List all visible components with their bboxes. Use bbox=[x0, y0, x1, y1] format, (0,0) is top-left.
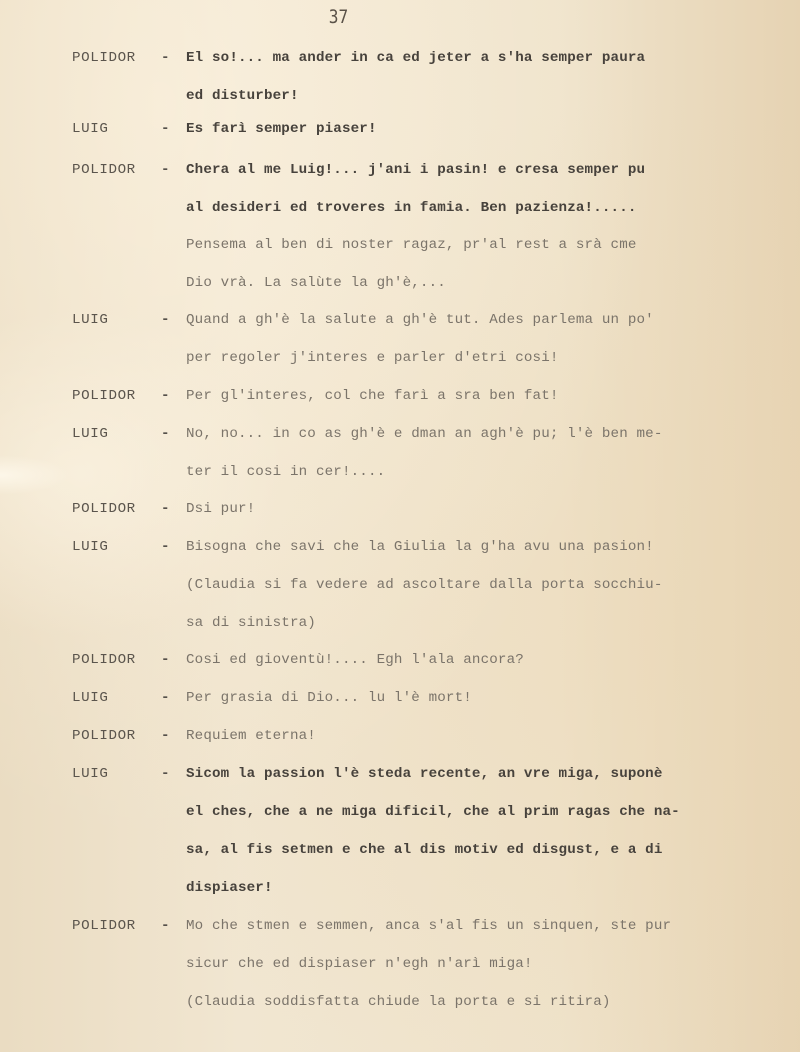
speaker-name: POLIDOR bbox=[72, 384, 136, 408]
speaker-separator: - bbox=[161, 308, 170, 332]
speaker-name: POLIDOR bbox=[72, 158, 136, 182]
dialogue-text: Sicom la passion l'è steda recente, an v… bbox=[186, 762, 663, 786]
speaker-name: LUIG bbox=[72, 308, 108, 332]
dialogue-text: al desideri ed troveres in famia. Ben pa… bbox=[186, 196, 637, 220]
dialogue-text: ed disturber! bbox=[186, 84, 299, 108]
typewritten-script-page: 37 POLIDOR-El so!... ma ander in ca ed j… bbox=[0, 0, 800, 1052]
speaker-separator: - bbox=[161, 117, 170, 141]
speaker-name: LUIG bbox=[72, 422, 108, 446]
dialogue-text: sa, al fis setmen e che al dis motiv ed … bbox=[186, 838, 663, 862]
speaker-name: POLIDOR bbox=[72, 497, 136, 521]
dialogue-text: Requiem eterna! bbox=[186, 724, 316, 748]
page-number: 37 bbox=[329, 6, 348, 28]
speaker-name: POLIDOR bbox=[72, 724, 136, 748]
dialogue-text: el ches, che a ne miga dificil, che al p… bbox=[186, 800, 680, 824]
dialogue-text: Per grasia di Dio... lu l'è mort! bbox=[186, 686, 472, 710]
speaker-separator: - bbox=[161, 158, 170, 182]
speaker-name: LUIG bbox=[72, 762, 108, 786]
speaker-name: LUIG bbox=[72, 535, 108, 559]
speaker-separator: - bbox=[161, 535, 170, 559]
speaker-separator: - bbox=[161, 762, 170, 786]
speaker-separator: - bbox=[161, 724, 170, 748]
speaker-separator: - bbox=[161, 422, 170, 446]
dialogue-text: dispiaser! bbox=[186, 876, 273, 900]
speaker-separator: - bbox=[161, 648, 170, 672]
dialogue-text: Mo che stmen e semmen, anca s'al fis un … bbox=[186, 914, 671, 938]
dialogue-text: Cosi ed gioventù!.... Egh l'ala ancora? bbox=[186, 648, 524, 672]
dialogue-text: ter il cosi in cer!.... bbox=[186, 460, 385, 484]
dialogue-text: Es farì semper piaser! bbox=[186, 117, 377, 141]
speaker-name: POLIDOR bbox=[72, 648, 136, 672]
dialogue-text: El so!... ma ander in ca ed jeter a s'ha… bbox=[186, 46, 645, 70]
dialogue-text: No, no... in co as gh'è e dman an agh'è … bbox=[186, 422, 663, 446]
speaker-separator: - bbox=[161, 497, 170, 521]
dialogue-text: Dsi pur! bbox=[186, 497, 255, 521]
dialogue-text: per regoler j'interes e parler d'etri co… bbox=[186, 346, 559, 370]
dialogue-text: sa di sinistra) bbox=[186, 611, 316, 635]
dialogue-text: Per gl'interes, col che farì a sra ben f… bbox=[186, 384, 559, 408]
speaker-name: POLIDOR bbox=[72, 46, 136, 70]
dialogue-text: Dio vrà. La salùte la gh'è,... bbox=[186, 271, 446, 295]
speaker-name: LUIG bbox=[72, 686, 108, 710]
speaker-separator: - bbox=[161, 686, 170, 710]
speaker-separator: - bbox=[161, 46, 170, 70]
speaker-separator: - bbox=[161, 384, 170, 408]
speaker-name: POLIDOR bbox=[72, 914, 136, 938]
speaker-name: LUIG bbox=[72, 117, 108, 141]
dialogue-text: (Claudia soddisfatta chiude la porta e s… bbox=[186, 990, 611, 1014]
dialogue-text: (Claudia si fa vedere ad ascoltare dalla… bbox=[186, 573, 663, 597]
dialogue-text: Chera al me Luig!... j'ani i pasin! e cr… bbox=[186, 158, 645, 182]
dialogue-text: Pensema al ben di noster ragaz, pr'al re… bbox=[186, 233, 637, 257]
speaker-separator: - bbox=[161, 914, 170, 938]
dialogue-text: sicur che ed dispiaser n'egh n'arì miga! bbox=[186, 952, 533, 976]
dialogue-text: Quand a gh'è la salute a gh'è tut. Ades … bbox=[186, 308, 654, 332]
dialogue-text: Bisogna che savi che la Giulia la g'ha a… bbox=[186, 535, 654, 559]
paper-fold-crease bbox=[0, 455, 70, 495]
